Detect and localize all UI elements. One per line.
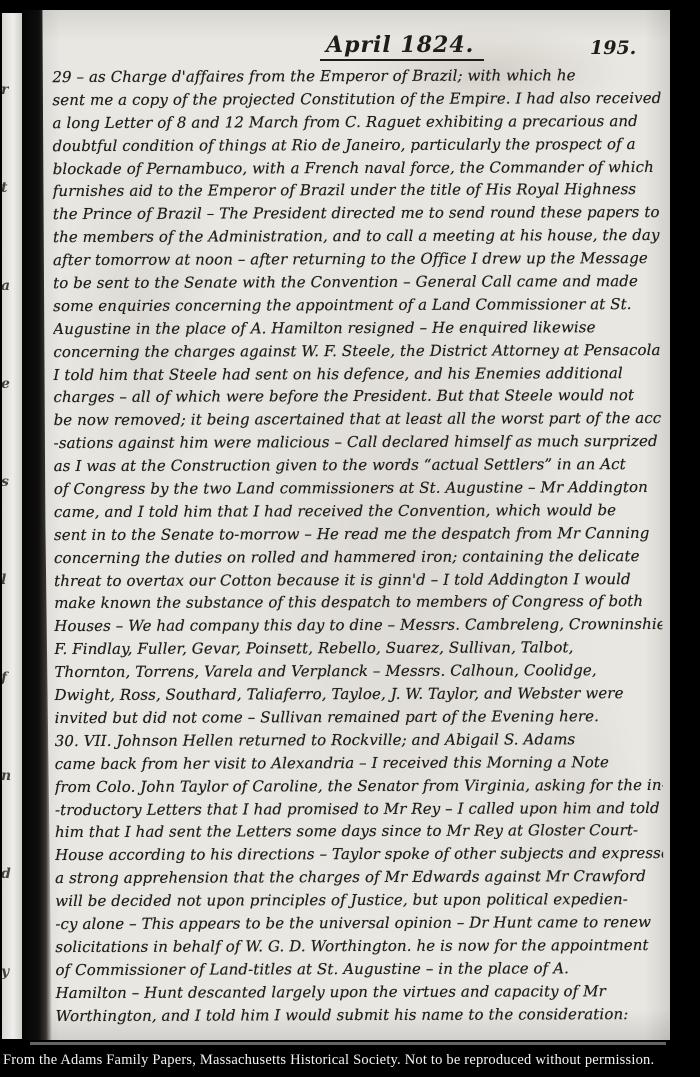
manuscript-line: came, and I told him that I had received…	[54, 499, 662, 524]
manuscript-line: of Congress by the two Land commissioner…	[54, 476, 662, 501]
manuscript-line: a long Letter of 8 and 12 March from C. …	[52, 110, 660, 135]
manuscript-line: will be decided not upon principles of J…	[55, 888, 663, 913]
manuscript-line: from Colo. John Taylor of Caroline, the …	[55, 774, 663, 799]
manuscript-scan: rtaeslfndy April 1824. 195. 29 – as Char…	[0, 0, 700, 1077]
edge-fragment: s	[2, 475, 9, 489]
edge-fragment: f	[2, 671, 7, 685]
page-number: 195.	[590, 37, 636, 59]
facing-page-edge: rtaeslfndy	[2, 13, 22, 1039]
manuscript-page: April 1824. 195. 29 – as Charge d'affair…	[22, 10, 670, 1040]
manuscript-line: F. Findlay, Fuller, Gevar, Poinsett, Reb…	[54, 636, 662, 661]
manuscript-line: solicitations in behalf of W. G. D. Wort…	[55, 934, 663, 959]
manuscript-line: 30. VII. Johnson Hellen returned to Rock…	[55, 728, 663, 753]
manuscript-line: furnishes aid to the Emperor of Brazil u…	[53, 178, 661, 203]
manuscript-line: Houses – We had company this day to dine…	[54, 613, 662, 638]
manuscript-line: invited but did not come – Sullivan rema…	[55, 705, 663, 730]
manuscript-line: -sations against him were malicious – Ca…	[54, 430, 662, 455]
manuscript-line: Dwight, Ross, Southard, Taliaferro, Tayl…	[54, 682, 662, 707]
manuscript-line: Augustine in the place of A. Hamilton re…	[53, 316, 661, 341]
manuscript-line: make known the substance of this despatc…	[54, 590, 662, 615]
manuscript-line: 29 – as Charge d'affaires from the Emper…	[52, 64, 660, 89]
manuscript-text: 29 – as Charge d'affaires from the Emper…	[52, 64, 663, 1028]
manuscript-line: some enquiries concerning the appointmen…	[53, 293, 661, 318]
manuscript-line: blockade of Pernambuco, with a French na…	[53, 156, 661, 181]
page-gutter-shadow	[22, 10, 52, 1040]
manuscript-line: -troductory Letters that I had promised …	[55, 796, 663, 821]
manuscript-line: sent me a copy of the projected Constitu…	[52, 87, 660, 112]
manuscript-line: concerning the charges against W. F. Ste…	[53, 339, 661, 364]
footer-caption: From the Adams Family Papers, Massachuse…	[3, 1052, 697, 1069]
date-heading: April 1824.	[320, 32, 484, 61]
manuscript-line: the Prince of Brazil – The President dir…	[53, 201, 661, 226]
manuscript-line: Thornton, Torrens, Varela and Verplanck …	[54, 659, 662, 684]
edge-fragment: a	[2, 279, 10, 293]
manuscript-line: came back from her visit to Alexandria –…	[55, 751, 663, 776]
manuscript-line: doubtful condition of things at Rio de J…	[53, 133, 661, 158]
manuscript-line: the members of the Administration, and t…	[53, 224, 661, 249]
manuscript-line: of Commissioner of Land-titles at St. Au…	[55, 957, 663, 982]
manuscript-line: House according to his directions – Tayl…	[55, 842, 663, 867]
manuscript-line: sent in to the Senate to-morrow – He rea…	[54, 522, 662, 547]
manuscript-line: be now removed; it being ascertained tha…	[54, 407, 662, 432]
manuscript-line: as I was at the Construction given to th…	[54, 453, 662, 478]
under-page-edge	[30, 1042, 666, 1045]
edge-fragment: e	[2, 377, 10, 391]
edge-fragment: r	[2, 83, 8, 97]
edge-fragment: n	[2, 769, 11, 783]
manuscript-line: concerning the duties on rolled and hamm…	[54, 545, 662, 570]
manuscript-line: Hamilton – Hunt descanted largely upon t…	[56, 980, 664, 1005]
manuscript-line: -cy alone – This appears to be the unive…	[55, 911, 663, 936]
edge-fragment: d	[2, 867, 11, 881]
manuscript-line: after tomorrow at noon – after returning…	[53, 247, 661, 272]
edge-fragment: y	[2, 965, 9, 979]
edge-fragment: t	[2, 181, 7, 195]
manuscript-line: to be sent to the Senate with the Conven…	[53, 270, 661, 295]
manuscript-line: threat to overtax our Cotton because it …	[54, 568, 662, 593]
manuscript-line: charges – all of which were before the P…	[53, 384, 661, 409]
manuscript-line: a strong apprehension that the charges o…	[55, 865, 663, 890]
manuscript-line: Worthington, and I told him I would subm…	[56, 1002, 664, 1027]
edge-fragment: l	[2, 573, 6, 587]
manuscript-line: I told him that Steele had sent on his d…	[53, 362, 661, 387]
manuscript-line: him that I had sent the Letters some day…	[55, 819, 663, 844]
